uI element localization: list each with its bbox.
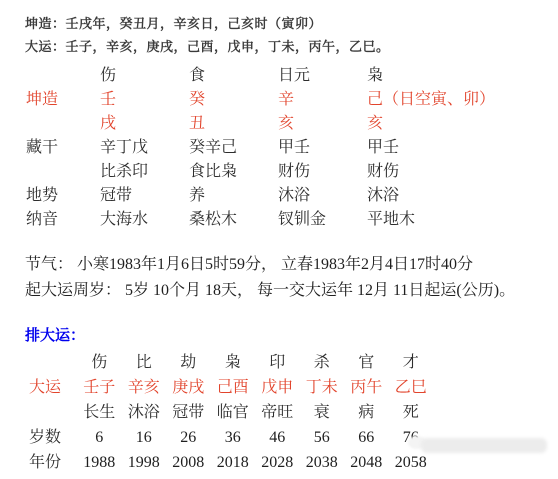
hidden-stems-row-label: 藏干 (26, 136, 100, 160)
watermark-blur (421, 438, 547, 453)
row-label-empty (29, 350, 77, 375)
dayun-pillar-cell: 己酉 (211, 375, 256, 400)
dayun-pillar-cell: 辛亥 (122, 375, 167, 400)
hidden-stem-cell: 甲壬 (367, 136, 558, 160)
year-cell: 2048 (344, 450, 389, 475)
dayun-stage-cell: 长生 (77, 400, 122, 425)
hidden-gods-row: 比杀印 食比枭 财伤 财伤 (0, 160, 558, 184)
hidden-stem-cell: 辛丁戊 (100, 136, 189, 160)
age-cell: 36 (211, 425, 256, 450)
hidden-god-cell: 食比枭 (189, 160, 278, 184)
dayun-ten-god-cell: 才 (389, 350, 434, 375)
dayun-stage-cell: 病 (344, 400, 389, 425)
branch-cell: 丑 (189, 112, 278, 136)
dayun-row-label: 大运 (29, 375, 77, 400)
dayun-pillar-cell: 戊申 (255, 375, 300, 400)
branches-row: 戌 丑 亥 亥 (0, 112, 558, 136)
dayun-pillar-cell: 庚戌 (166, 375, 211, 400)
stem-cell: 辛 (278, 88, 367, 112)
year-cell: 2008 (166, 450, 211, 475)
dishi-cell: 冠带 (100, 184, 189, 208)
hidden-god-cell: 比杀印 (100, 160, 189, 184)
nayin-cell: 桑松木 (189, 208, 278, 232)
ten-god-cell: 枭 (367, 64, 558, 88)
dayun-stage-cell: 临官 (211, 400, 256, 425)
age-cell: 46 (255, 425, 300, 450)
ten-god-cell: 日元 (278, 64, 367, 88)
branch-cell: 亥 (367, 112, 558, 136)
row-label-empty (26, 64, 100, 88)
dishi-row-label: 地势 (26, 184, 100, 208)
row-label-empty (26, 112, 100, 136)
ten-god-cell: 伤 (100, 64, 189, 88)
nayin-row-label: 纳音 (26, 208, 100, 232)
years-row-label: 年份 (29, 450, 77, 475)
dayun-pillar-cell: 丁未 (300, 375, 345, 400)
dishi-cell: 养 (189, 184, 278, 208)
hidden-stem-cell: 甲壬 (278, 136, 367, 160)
luck-start-line: 起大运周岁： 5岁 10个月 18天， 每一交大运年 12月 11日起运(公历)… (25, 278, 558, 304)
row-label-empty (29, 400, 77, 425)
dishi-cell: 沐浴 (367, 184, 558, 208)
dayun-pillar-cell: 壬子 (77, 375, 122, 400)
dishi-cell: 沐浴 (278, 184, 367, 208)
dayun-stage-cell: 帝旺 (255, 400, 300, 425)
dayun-pillar-cell: 丙午 (344, 375, 389, 400)
dayun-ten-god-cell: 官 (344, 350, 389, 375)
stem-cell: 癸 (189, 88, 278, 112)
ages-row-label: 岁数 (29, 425, 77, 450)
nayin-cell: 钗钏金 (278, 208, 367, 232)
dayun-ten-god-cell: 伤 (77, 350, 122, 375)
hidden-stem-cell: 癸辛己 (189, 136, 278, 160)
age-cell: 26 (166, 425, 211, 450)
nayin-row: 纳音 大海水 桑松木 钗钏金 平地木 (0, 208, 558, 232)
branch-cell: 戌 (100, 112, 189, 136)
age-cell: 6 (77, 425, 122, 450)
dayun-years-row: 年份 1988 1998 2008 2018 2028 2038 2048 20… (0, 450, 558, 475)
dayun-stage-cell: 冠带 (166, 400, 211, 425)
year-cell: 1998 (122, 450, 167, 475)
nayin-cell: 大海水 (100, 208, 189, 232)
hidden-stems-row: 藏干 辛丁戊 癸辛己 甲壬 甲壬 (0, 136, 558, 160)
dayun-ten-god-cell: 比 (122, 350, 167, 375)
natal-summary-line: 坤造：壬戌年，癸丑月，辛亥日，己亥时（寅卯） (25, 12, 558, 35)
dayun-pillars-row: 大运 壬子 辛亥 庚戌 己酉 戊申 丁未 丙午 乙巳 (0, 375, 558, 400)
nayin-cell: 平地木 (367, 208, 558, 232)
dayun-table: 伤 比 劫 枭 印 杀 官 才 大运 壬子 辛亥 庚戌 己酉 戊申 丁未 丙午 … (0, 350, 558, 475)
dishi-row: 地势 冠带 养 沐浴 沐浴 (0, 184, 558, 208)
bazi-chart-page: 坤造：壬戌年，癸丑月，辛亥日，己亥时（寅卯） 大运：壬子，辛亥，庚戌，己酉，戊申… (0, 0, 558, 479)
dayun-ten-god-cell: 枭 (211, 350, 256, 375)
age-cell: 16 (122, 425, 167, 450)
year-cell: 2028 (255, 450, 300, 475)
four-pillars-table: 伤 食 日元 枭 坤造 壬 癸 辛 己（日空寅、卯） 戌 丑 亥 亥 藏干 辛丁… (0, 64, 558, 232)
year-cell: 2058 (389, 450, 434, 475)
year-cell: 1988 (77, 450, 122, 475)
chart-header: 坤造：壬戌年，癸丑月，辛亥日，己亥时（寅卯） 大运：壬子，辛亥，庚戌，己酉，戊申… (25, 12, 558, 58)
stem-cell: 己（日空寅、卯） (367, 88, 558, 112)
age-cell: 56 (300, 425, 345, 450)
stem-cell: 壬 (100, 88, 189, 112)
dayun-stages-row: 长生 沐浴 冠带 临官 帝旺 衰 病 死 (0, 400, 558, 425)
row-label-empty (26, 160, 100, 184)
dayun-ten-gods-row: 伤 比 劫 枭 印 杀 官 才 (0, 350, 558, 375)
dayun-section-title: 排大运： (25, 324, 558, 345)
dayun-stage-cell: 沐浴 (122, 400, 167, 425)
dayun-ten-god-cell: 印 (255, 350, 300, 375)
dayun-stage-cell: 衰 (300, 400, 345, 425)
dayun-pillar-cell: 乙巳 (389, 375, 434, 400)
dayun-ten-god-cell: 劫 (166, 350, 211, 375)
branch-cell: 亥 (278, 112, 367, 136)
luck-cycle-summary-line: 大运：壬子，辛亥，庚戌，己酉，戊申，丁未，丙午，乙巳。 (25, 35, 558, 58)
stems-row-label: 坤造 (26, 88, 100, 112)
hidden-god-cell: 财伤 (367, 160, 558, 184)
ten-gods-row: 伤 食 日元 枭 (0, 64, 558, 88)
stems-row: 坤造 壬 癸 辛 己（日空寅、卯） (0, 88, 558, 112)
year-cell: 2018 (211, 450, 256, 475)
hidden-god-cell: 财伤 (278, 160, 367, 184)
ten-god-cell: 食 (189, 64, 278, 88)
dayun-ten-god-cell: 杀 (300, 350, 345, 375)
age-cell: 66 (344, 425, 389, 450)
solar-terms-line: 节气： 小寒1983年1月6日5时59分， 立春1983年2月4日17时40分 (25, 252, 558, 278)
dayun-stage-cell: 死 (389, 400, 434, 425)
year-cell: 2038 (300, 450, 345, 475)
solar-terms-block: 节气： 小寒1983年1月6日5时59分， 立春1983年2月4日17时40分 … (25, 252, 558, 304)
